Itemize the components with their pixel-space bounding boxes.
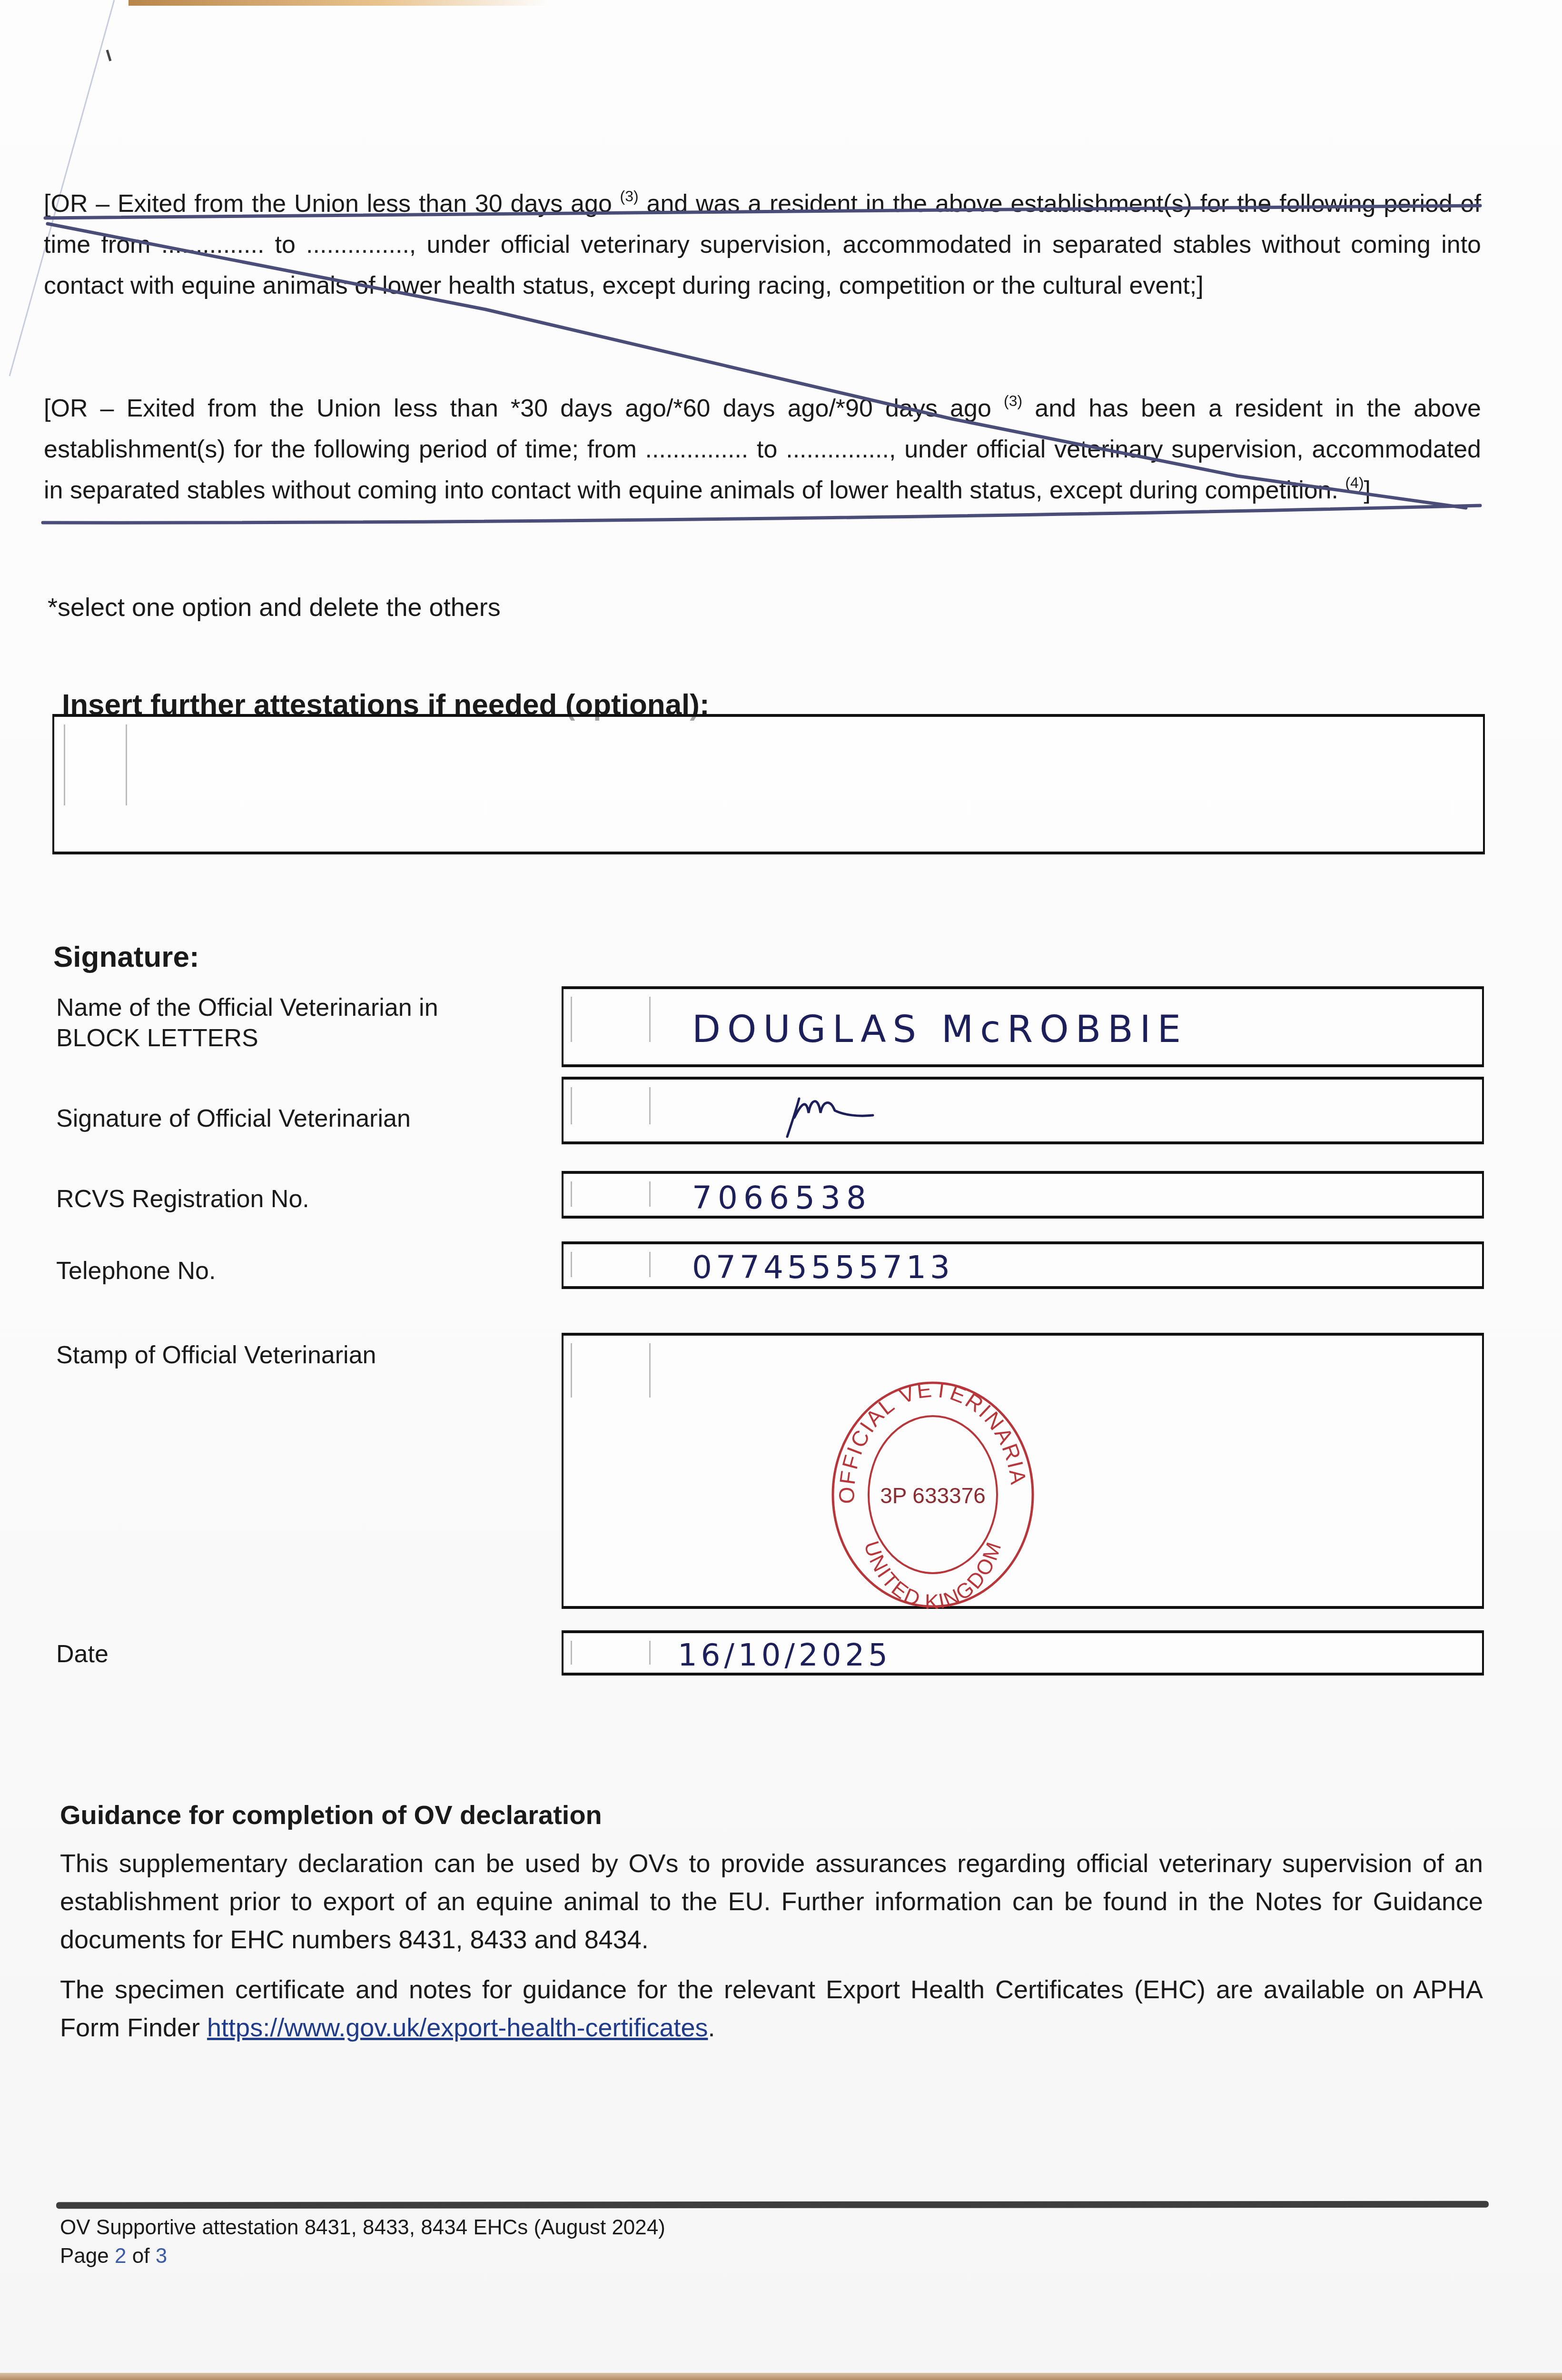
option-30-60-90-text-start: [OR – Exited from the Union less than *3… — [44, 395, 1004, 422]
field-divider — [571, 1181, 572, 1207]
option-30-days-text-start: [OR – Exited from the Union less than 30… — [44, 190, 620, 218]
field-divider — [64, 724, 65, 805]
field-divider — [126, 724, 127, 805]
telephone-field[interactable]: 07745555713 — [562, 1241, 1484, 1289]
footer-title: OV Supportive attestation 8431, 8433, 84… — [60, 2216, 665, 2240]
name-label: Name of the Official Veterinarian in BLO… — [56, 992, 438, 1053]
stamp-label: Stamp of Official Veterinarian — [56, 1340, 376, 1370]
field-divider — [571, 1087, 572, 1124]
telephone-label: Telephone No. — [56, 1256, 216, 1286]
page-indicator: Page 2 of 3 — [60, 2244, 167, 2268]
footer-divider — [56, 2201, 1489, 2209]
guidance-paragraph-2: The specimen certificate and notes for g… — [60, 1971, 1483, 2047]
field-divider — [649, 1252, 651, 1277]
telephone-value: 07745555713 — [692, 1249, 954, 1286]
option-30-days-paragraph: [OR – Exited from the Union less than 30… — [44, 183, 1481, 306]
guidance-heading: Guidance for completion of OV declaratio… — [60, 1799, 602, 1830]
guidance-paragraph-2-end: . — [708, 2013, 715, 2042]
further-attestations-field[interactable] — [52, 714, 1485, 854]
field-divider — [571, 1641, 572, 1665]
field-divider — [649, 1343, 651, 1398]
page-current: 2 — [115, 2244, 126, 2268]
rcvs-label: RCVS Registration No. — [56, 1184, 309, 1214]
handwritten-signature-icon — [773, 1089, 897, 1141]
date-field[interactable]: 16/10/2025 — [562, 1630, 1484, 1676]
page-total: 3 — [156, 2244, 167, 2268]
official-veterinarian-stamp-icon: OFFICIAL VETERINARIAN UNITED KINGDOM 3P … — [809, 1376, 1057, 1614]
svg-text:3P 633376: 3P 633376 — [880, 1483, 986, 1508]
paper-bottom-edge — [0, 2373, 1562, 2380]
name-label-line1: Name of the Official Veterinarian in — [56, 992, 438, 1023]
rcvs-registration-field[interactable]: 7066538 — [562, 1171, 1484, 1219]
vet-signature-field[interactable] — [562, 1077, 1484, 1144]
field-divider — [649, 997, 651, 1042]
page-label: Page — [60, 2244, 115, 2268]
signature-label: Signature of Official Veterinarian — [56, 1103, 411, 1134]
field-divider — [571, 997, 572, 1042]
name-label-line2: BLOCK LETTERS — [56, 1023, 438, 1053]
guidance-paragraph-1: This supplementary declaration can be us… — [60, 1844, 1483, 1959]
signature-heading: Signature: — [53, 940, 199, 974]
field-divider — [649, 1641, 651, 1665]
footnote-ref-3: (3) — [1004, 392, 1022, 409]
date-value: 16/10/2025 — [678, 1638, 891, 1673]
field-divider — [649, 1181, 651, 1207]
rcvs-registration-value: 7066538 — [692, 1180, 872, 1216]
date-label: Date — [56, 1639, 109, 1669]
export-health-certificates-link[interactable]: https://www.gov.uk/export-health-certifi… — [207, 2013, 708, 2042]
option-30-60-90-text-end: ] — [1364, 476, 1371, 504]
select-option-note: *select one option and delete the others — [48, 593, 501, 622]
option-30-60-90-days-paragraph: [OR – Exited from the Union less than *3… — [44, 388, 1481, 511]
paper-top-edge — [129, 0, 547, 6]
svg-text:UNITED KINGDOM: UNITED KINGDOM — [860, 1538, 1007, 1614]
footnote-ref-4: (4) — [1345, 474, 1364, 491]
field-divider — [571, 1252, 572, 1277]
footnote-ref-3: (3) — [620, 188, 639, 205]
page-of-label: of — [126, 2244, 155, 2268]
field-divider — [649, 1087, 651, 1124]
vet-name-field[interactable]: DOUGLAS McROBBIE — [562, 986, 1484, 1067]
scanned-page: [OR – Exited from the Union less than 30… — [0, 0, 1562, 2380]
field-divider — [571, 1343, 572, 1398]
vet-name-value: DOUGLAS McROBBIE — [692, 1008, 1187, 1051]
